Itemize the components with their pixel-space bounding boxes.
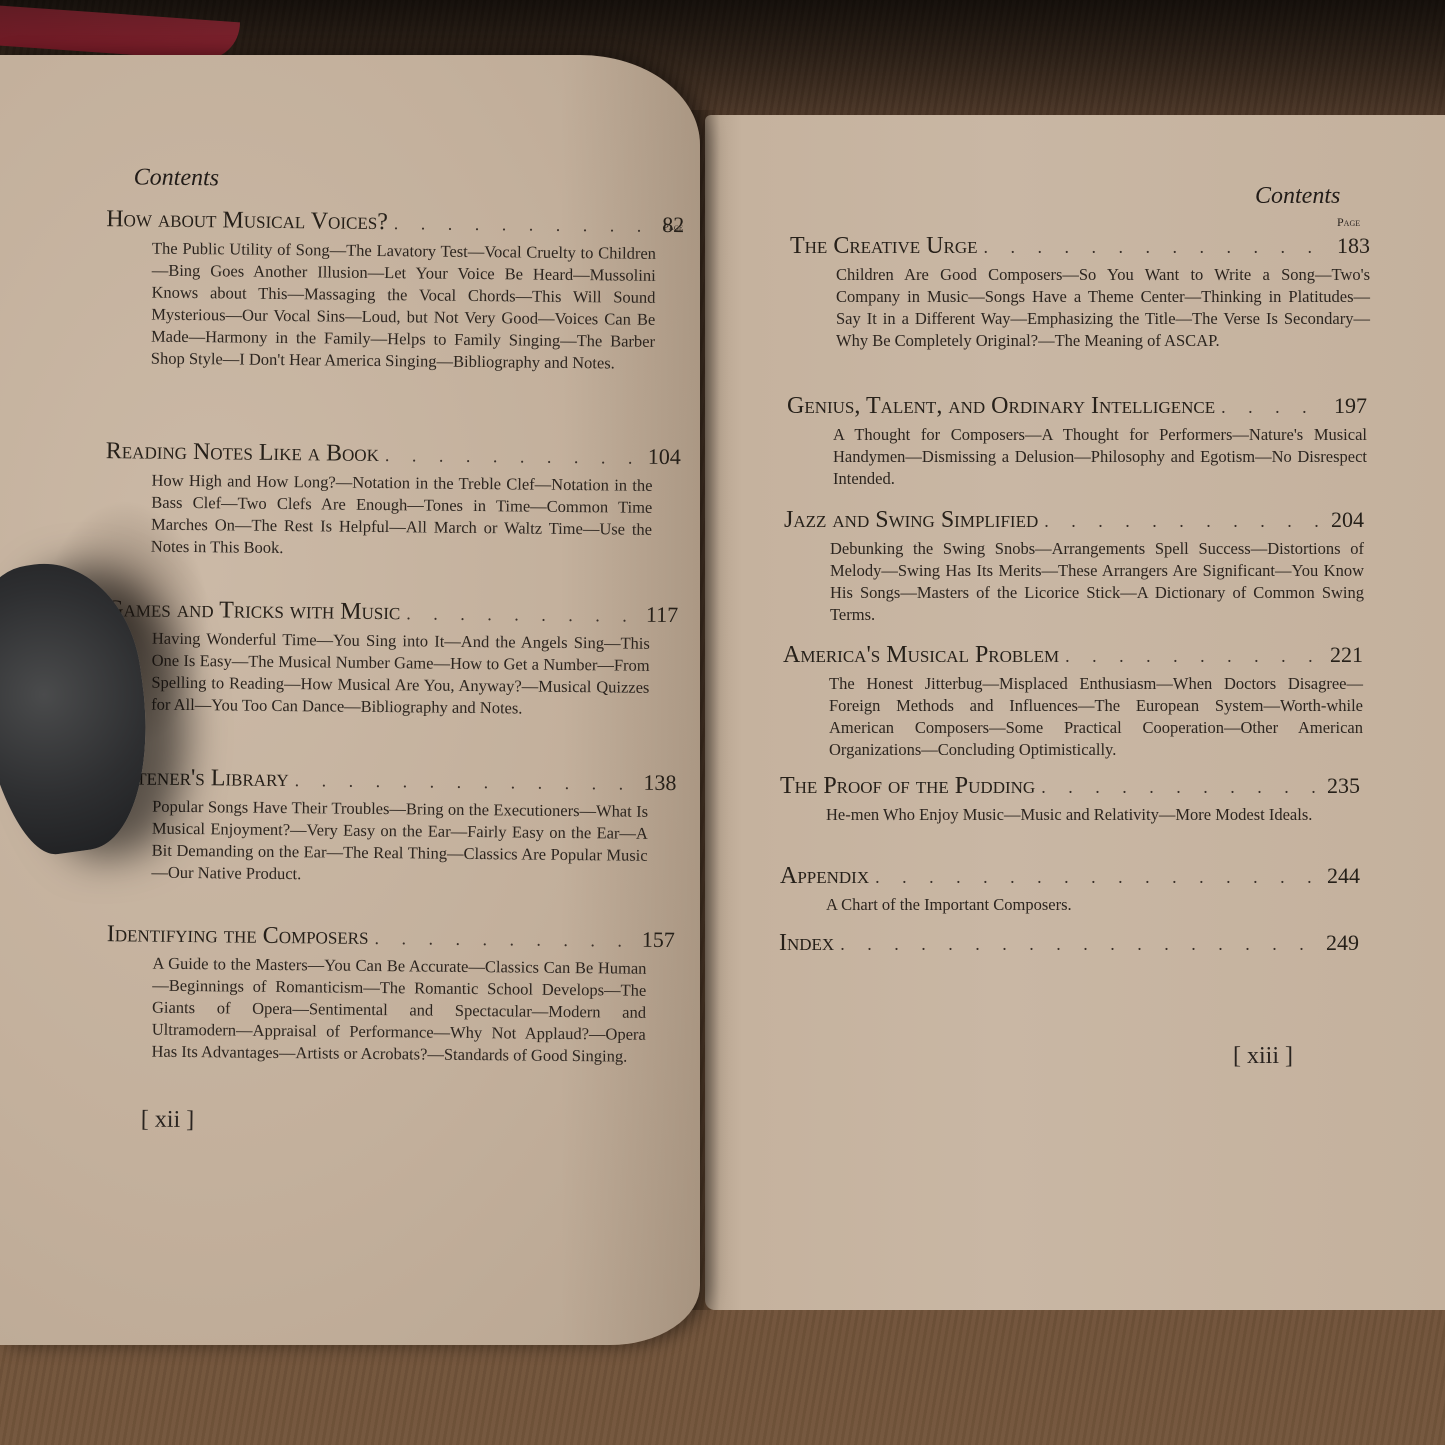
- entry-page-number: 138: [643, 770, 676, 796]
- entry-title: Index: [779, 930, 834, 957]
- page-folio: [ xii ]: [141, 1107, 195, 1135]
- toc-entry[interactable]: Listener's Library . . . . . . . . . . .…: [105, 764, 676, 889]
- leader-dots: . . . . . . . . . . . . . . . . . . . . …: [385, 445, 642, 469]
- toc-entry[interactable]: Appendix . . . . . . . . . . . . . . . .…: [780, 863, 1360, 916]
- toc-entry[interactable]: How about Musical Voices? . . . . . . . …: [105, 206, 685, 375]
- toc-entry[interactable]: Identifying the Composers . . . . . . . …: [105, 921, 674, 1068]
- leader-dots: . . . . . . . . . . . . . . . . . . . . …: [1221, 397, 1328, 418]
- right-page: Contents Page The Creative Urge . . . . …: [705, 115, 1445, 1310]
- entry-title: Reading Notes Like a Book: [106, 438, 379, 468]
- entry-description: The Honest Jitterbug—Misplaced Enthusias…: [829, 673, 1363, 761]
- toc-entry[interactable]: America's Musical Problem . . . . . . . …: [783, 642, 1363, 761]
- entry-description: A Guide to the Masters—You Can Be Accura…: [151, 953, 646, 1068]
- leader-dots: . . . . . . . . . . . . . . . . . . . . …: [875, 867, 1321, 888]
- entry-page-number: 82: [662, 212, 684, 238]
- entry-page-number: 183: [1337, 233, 1370, 259]
- entry-page-number: 157: [642, 927, 675, 953]
- toc-entry[interactable]: Index . . . . . . . . . . . . . . . . . …: [779, 930, 1359, 957]
- toc-entry[interactable]: Jazz and Swing Simplified . . . . . . . …: [784, 507, 1364, 626]
- entry-description: Having Wonderful Time—You Sing into It—A…: [151, 628, 650, 721]
- toc-entry[interactable]: The Proof of the Pudding . . . . . . . .…: [780, 773, 1360, 826]
- toc-entry[interactable]: The Creative Urge . . . . . . . . . . . …: [790, 233, 1370, 352]
- entry-title: Appendix: [780, 863, 869, 890]
- entry-page-number: 197: [1334, 393, 1367, 419]
- page-folio: [ xiii ]: [1233, 1043, 1293, 1070]
- leader-dots: . . . . . . . . . . . . . . . . . . . . …: [374, 928, 635, 952]
- entry-description: How High and How Long?—Notation in the T…: [151, 470, 653, 563]
- leader-dots: . . . . . . . . . . . . . . . . . . . . …: [1065, 646, 1324, 667]
- leader-dots: . . . . . . . . . . . . . . . . . . . . …: [394, 213, 657, 237]
- entry-title: America's Musical Problem: [783, 642, 1059, 669]
- entry-description: The Public Utility of Song—The Lavatory …: [151, 238, 656, 375]
- entry-page-number: 244: [1327, 863, 1360, 889]
- entry-description: A Chart of the Important Composers.: [826, 894, 1360, 916]
- entry-page-number: 221: [1330, 642, 1363, 668]
- toc-entry[interactable]: Reading Notes Like a Book . . . . . . . …: [105, 438, 681, 563]
- entry-page-number: 235: [1327, 773, 1360, 799]
- entry-page-number: 204: [1331, 507, 1364, 533]
- entry-page-number: 249: [1326, 930, 1359, 956]
- running-head: Contents: [1255, 183, 1340, 210]
- leader-dots: . . . . . . . . . . . . . . . . . . . . …: [1041, 777, 1321, 798]
- entry-page-number: 117: [646, 602, 678, 628]
- entry-description: He-men Who Enjoy Music—Music and Relativ…: [826, 804, 1360, 826]
- page-column-label: Page: [1337, 215, 1360, 230]
- entry-title: Genius, Talent, and Ordinary Intelligenc…: [787, 393, 1215, 420]
- toc-entry[interactable]: Genius, Talent, and Ordinary Intelligenc…: [787, 393, 1367, 490]
- entry-title: How about Musical Voices?: [106, 206, 388, 236]
- entry-title: Jazz and Swing Simplified: [784, 507, 1038, 534]
- entry-title: Identifying the Composers: [107, 921, 369, 951]
- leader-dots: . . . . . . . . . . . . . . . . . . . . …: [840, 934, 1320, 955]
- entry-title: The Creative Urge: [790, 233, 977, 260]
- leader-dots: . . . . . . . . . . . . . . . . . . . . …: [1044, 511, 1325, 532]
- entry-title: The Proof of the Pudding: [780, 773, 1035, 800]
- entry-page-number: 104: [648, 444, 681, 470]
- entry-description: A Thought for Composers—A Thought for Pe…: [833, 424, 1367, 490]
- leader-dots: . . . . . . . . . . . . . . . . . . . . …: [406, 603, 640, 626]
- entry-description: Debunking the Swing Snobs—Arrangements S…: [830, 538, 1364, 626]
- entry-description: Children Are Good Composers—So You Want …: [836, 264, 1370, 352]
- entry-description: Popular Songs Have Their Troubles—Bring …: [151, 796, 648, 889]
- running-head: Contents: [134, 164, 220, 192]
- leader-dots: . . . . . . . . . . . . . . . . . . . . …: [295, 770, 638, 795]
- leader-dots: . . . . . . . . . . . . . . . . . . . . …: [983, 237, 1331, 258]
